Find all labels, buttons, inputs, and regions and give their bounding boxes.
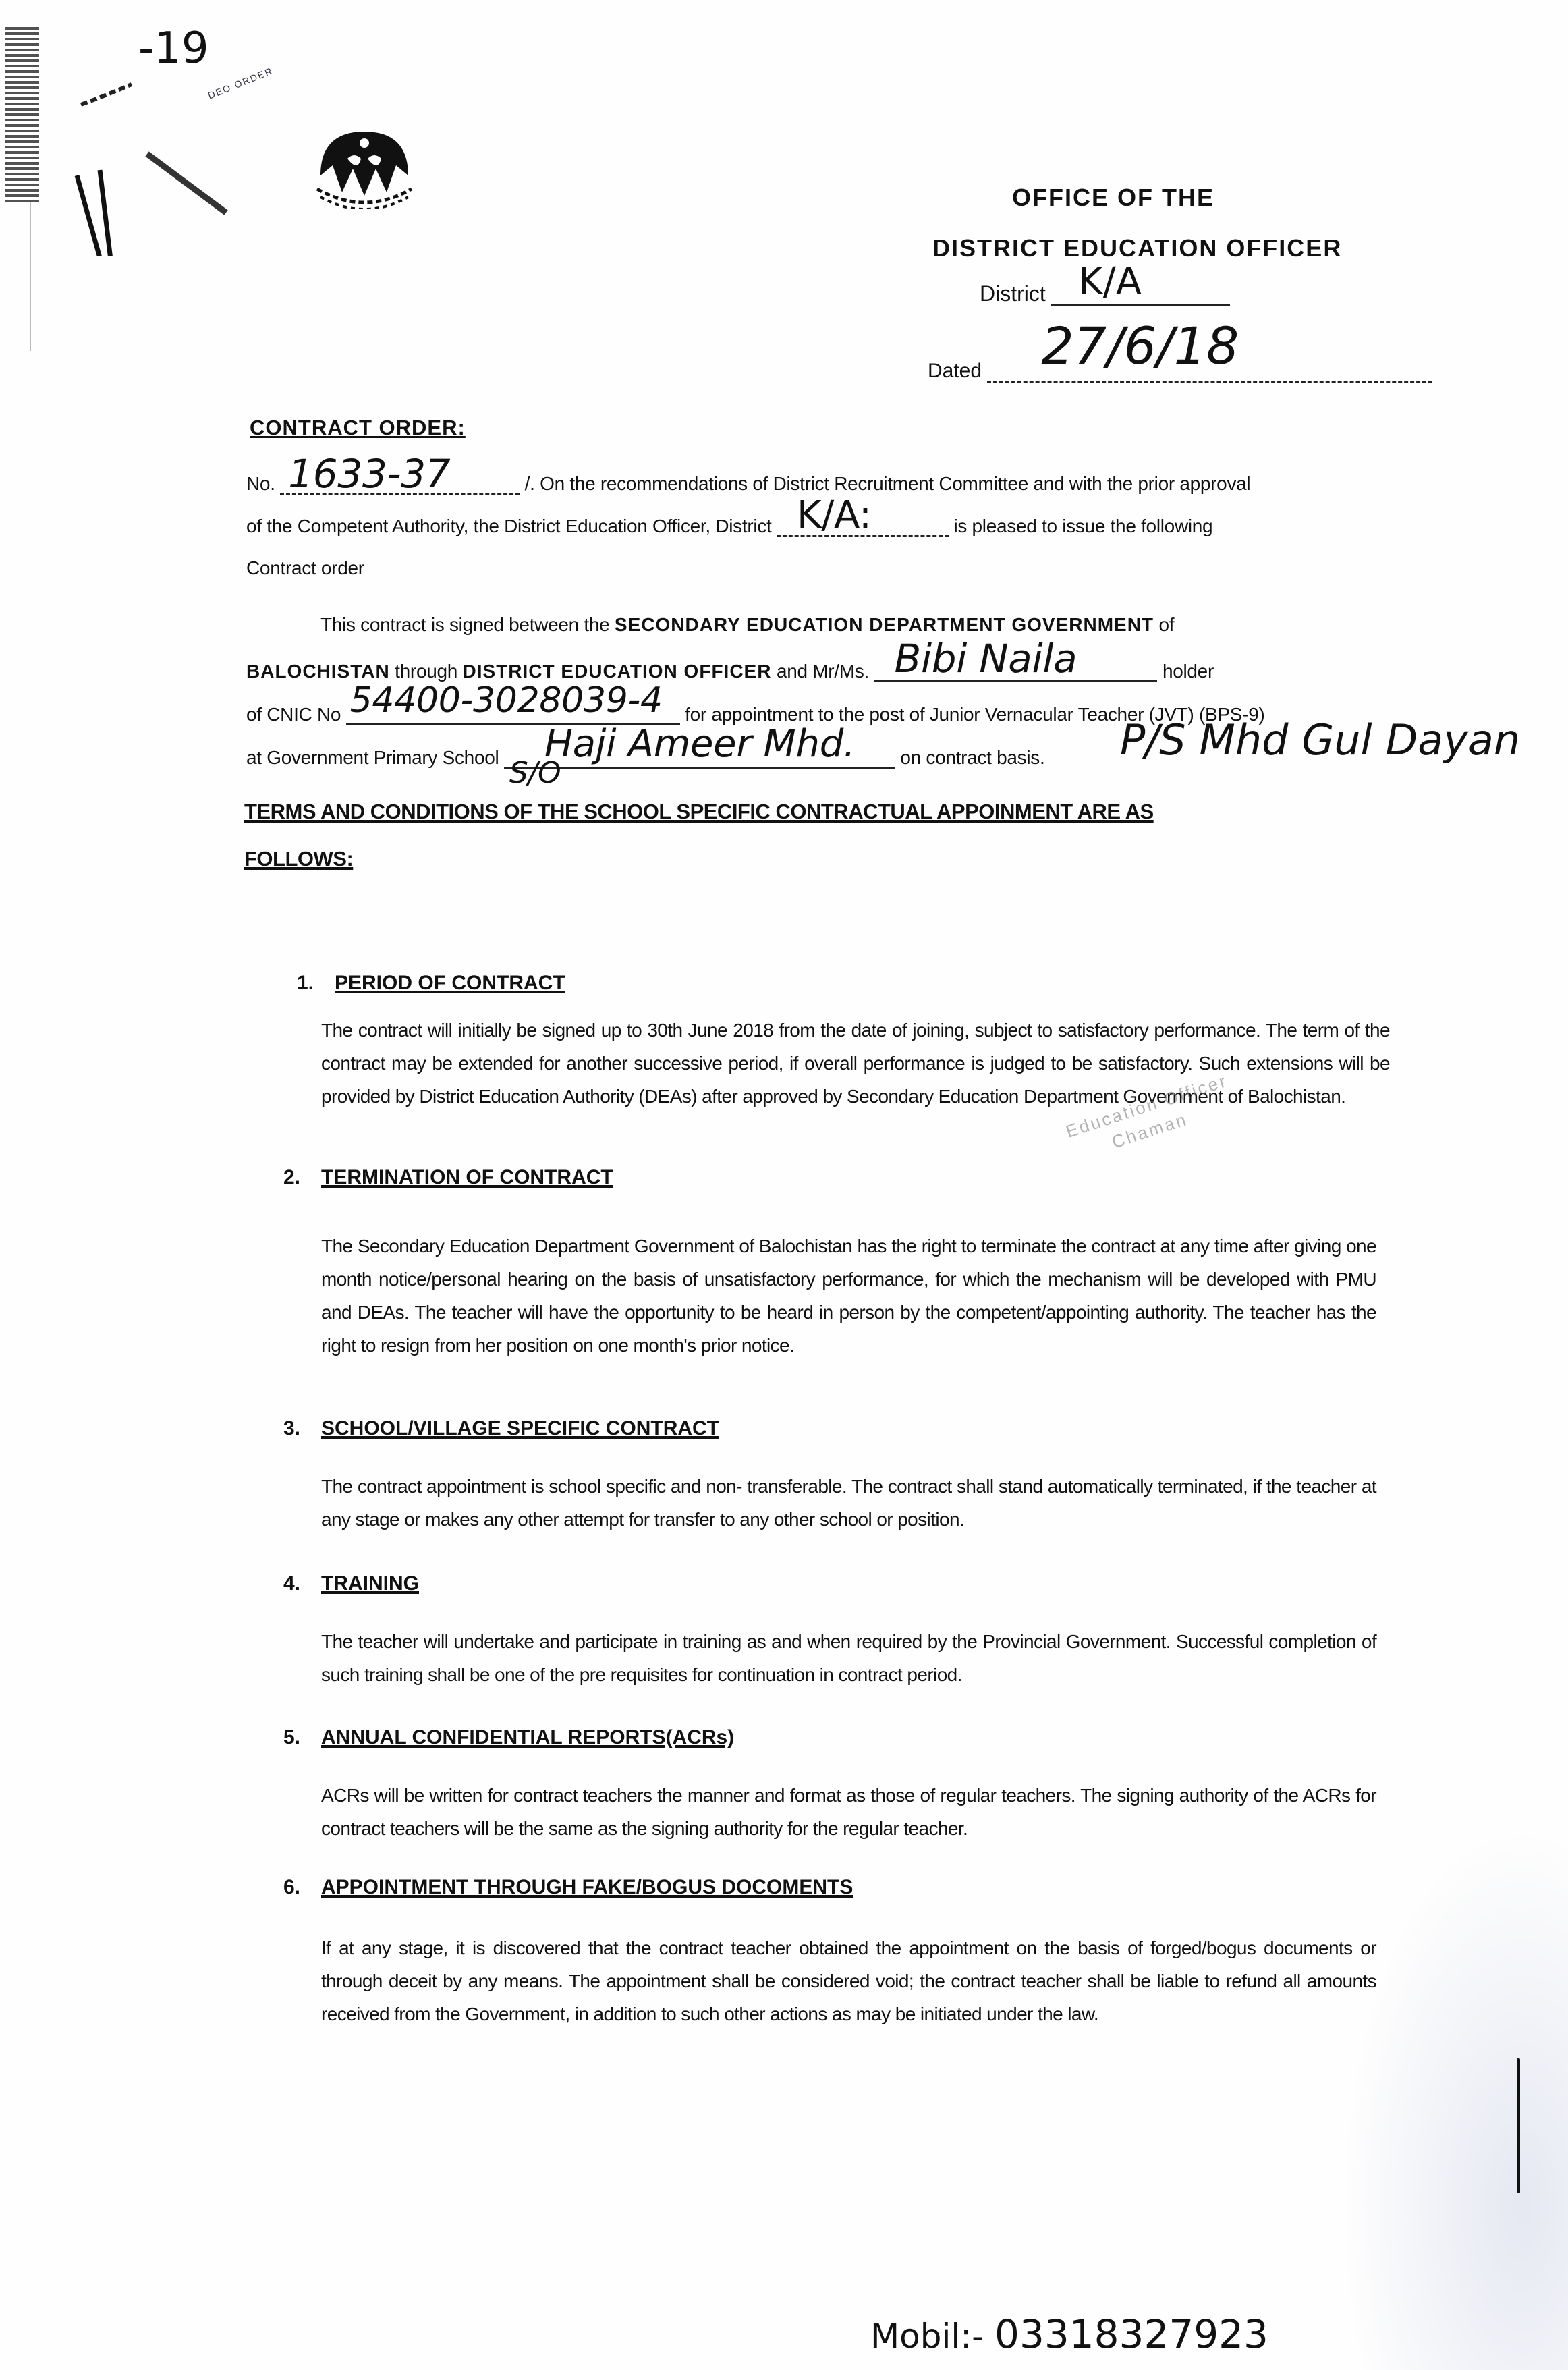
section-termination: 2.TERMINATION OF CONTRACT The Secondary …	[283, 1166, 1376, 1362]
section-title: PERIOD OF CONTRACT	[335, 972, 565, 995]
mobile-value: 03318327923	[995, 2311, 1268, 2357]
parties-deo: DISTRICT EDUCATION OFFICER	[463, 661, 772, 682]
district-value: K/A	[1078, 260, 1142, 304]
school-label: at Government Primary School	[246, 747, 499, 768]
parties-holder: holder	[1163, 661, 1214, 682]
government-emblem-icon	[314, 128, 415, 209]
document-page: -19 DEO ORDER OFFICE OF THE DISTRICT EDU…	[0, 0, 1568, 2370]
section-school-village-specific: 3.SCHOOL/VILLAGE SPECIFIC CONTRACT The c…	[283, 1417, 1376, 1536]
terms-heading-line2: FOLLOWS:	[244, 847, 353, 871]
section-number: 5.	[283, 1726, 297, 1749]
mobile-number: Mobil:- 03318327923	[870, 2311, 1268, 2357]
section-annual-confidential-reports: 5.ANNUAL CONFIDENTIAL REPORTS(ACRs) ACRs…	[283, 1726, 1376, 1845]
section-body: If at any stage, it is discovered that t…	[321, 1931, 1376, 2031]
section-body: The Secondary Education Department Gover…	[321, 1230, 1376, 1362]
section-title: TERMINATION OF CONTRACT	[321, 1166, 613, 1189]
binding-strip	[5, 27, 39, 202]
margin-pen-mark	[1517, 2058, 1520, 2193]
parties-balochistan: BALOCHISTAN	[246, 661, 390, 682]
parties-department: SECONDARY EDUCATION DEPARTMENT GOVERNMEN…	[615, 614, 1154, 635]
handwritten-strokes-icon	[67, 54, 243, 256]
school-value: Haji Ameer Mhd.	[544, 722, 856, 766]
district-label: District	[980, 281, 1046, 306]
cnic-value: 54400-3028039-4	[350, 680, 663, 721]
mobile-label: Mobil:-	[870, 2317, 984, 2356]
section-number: 4.	[283, 1572, 297, 1595]
parties-line-2: BALOCHISTAN through DISTRICT EDUCATION O…	[246, 656, 1370, 682]
dated-value: 27/6/18	[1041, 316, 1239, 376]
parties-through: through	[395, 661, 457, 682]
order-district-value: K/A:	[797, 493, 872, 537]
office-heading-line2: DISTRICT EDUCATION OFFICER	[932, 234, 1342, 263]
order-line-2: of the Competent Authority, the District…	[246, 511, 1370, 537]
parties-line-1: This contract is signed between the SECO…	[320, 614, 1373, 636]
order-line-3: Contract order	[246, 557, 1370, 579]
contract-order-title: CONTRACT ORDER:	[250, 416, 466, 440]
section-body: The teacher will undertake and participa…	[321, 1625, 1376, 1691]
section-title: SCHOOL/VILLAGE SPECIFIC CONTRACT	[321, 1417, 719, 1440]
section-number: 6.	[283, 1876, 297, 1899]
section-training: 4.TRAINING The teacher will undertake an…	[283, 1572, 1376, 1691]
order-no-value: 1633-37	[288, 451, 450, 497]
section-body: The contract appointment is school speci…	[321, 1470, 1376, 1536]
dated-label: Dated	[928, 360, 982, 382]
order-line2-suffix: is pleased to issue the following	[953, 516, 1212, 536]
section-fake-documents: 6.APPOINTMENT THROUGH FAKE/BOGUS DOCOMEN…	[283, 1876, 1376, 2031]
order-no-label: No.	[246, 473, 275, 494]
dated-field: Dated 27/6/18	[928, 344, 1432, 383]
parties-intro: This contract is signed between the	[320, 614, 609, 635]
district-field: District K/A	[980, 273, 1230, 306]
section-body: ACRs will be written for contract teache…	[321, 1779, 1376, 1845]
section-title: APPOINTMENT THROUGH FAKE/BOGUS DOCOMENTS	[321, 1876, 853, 1899]
terms-heading-line1: TERMS AND CONDITIONS OF THE SCHOOL SPECI…	[244, 800, 1154, 824]
order-line2-prefix: of the Competent Authority, the District…	[246, 516, 771, 536]
order-line1-text: /. On the recommendations of District Re…	[525, 473, 1251, 494]
order-line-1: No. 1633-37 /. On the recommendations of…	[246, 466, 1370, 495]
school-so: S/O	[509, 756, 561, 790]
section-title: TRAINING	[321, 1572, 419, 1595]
parties-mr-ms-label: and Mr/Ms.	[777, 661, 869, 682]
section-number: 2.	[283, 1166, 297, 1189]
section-number: 3.	[283, 1417, 297, 1440]
section-title: ANNUAL CONFIDENTIAL REPORTS(ACRs)	[321, 1726, 734, 1749]
basis-text: on contract basis.	[900, 747, 1044, 768]
teacher-name-value: Bibi Naila	[894, 636, 1077, 682]
cnic-label: of CNIC No	[246, 704, 341, 725]
section-number: 1.	[297, 972, 310, 995]
office-heading-line1: OFFICE OF THE	[1012, 184, 1214, 212]
margin-line	[30, 202, 31, 351]
school-annotation: P/S Mhd Gul Dayan	[1120, 715, 1520, 765]
parties-of: of	[1159, 614, 1175, 635]
